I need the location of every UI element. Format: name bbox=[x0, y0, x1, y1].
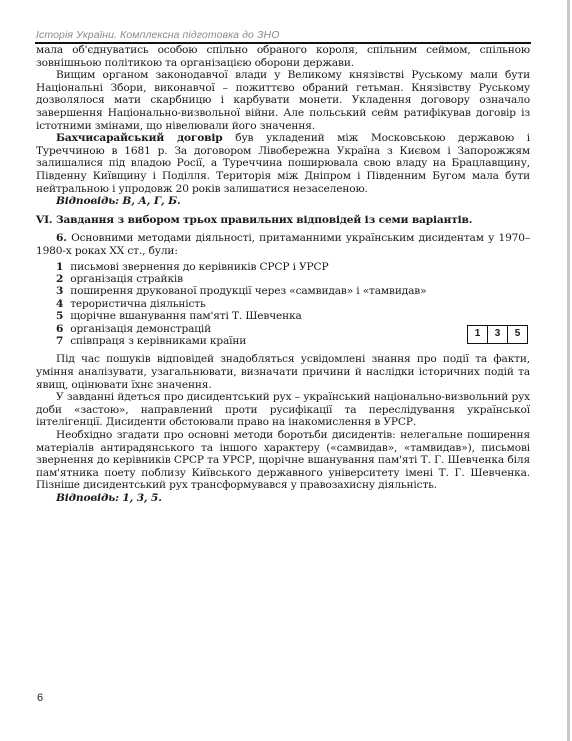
page-edge-border bbox=[567, 0, 570, 741]
paragraph-continued: мала об'єднуватись особою спільно обрано… bbox=[36, 44, 530, 69]
term-bakhchysarai: Бахчисарайський договір bbox=[56, 132, 223, 144]
task-question: 6. Основними методами діяльності, притам… bbox=[36, 232, 530, 257]
option-number: 1 bbox=[56, 261, 67, 273]
option-text: щорічне вшанування пам'яті Т. Шевченка bbox=[70, 310, 302, 322]
explanation-paragraph: У завданні йдеться про дисидентський рух… bbox=[36, 391, 530, 429]
answer-grid: 1 3 5 bbox=[467, 325, 528, 344]
options-block: 1 письмові звернення до керівників СРСР … bbox=[36, 261, 530, 348]
option-text: організація демонстрацій bbox=[70, 323, 211, 335]
answer-box: 3 bbox=[488, 326, 508, 343]
option-text: співпраця з керівниками країни bbox=[70, 335, 246, 347]
option-text: організація страйків bbox=[70, 273, 183, 285]
paragraph-supreme-authority: Вищим органом законодавчої влади у Велик… bbox=[36, 69, 530, 132]
option-item: 3 поширення друкованої продукції через «… bbox=[56, 285, 530, 297]
section-title: VI. Завдання з вибором трьох правильних … bbox=[36, 214, 530, 227]
options-list: 1 письмові звернення до керівників СРСР … bbox=[36, 261, 530, 348]
option-item: 5 щорічне вшанування пам'яті Т. Шевченка bbox=[56, 310, 530, 322]
option-item: 7 співпраця з керівниками країни bbox=[56, 335, 530, 347]
option-item: 2 організація страйків bbox=[56, 273, 530, 285]
answer-box: 1 bbox=[468, 326, 488, 343]
explanation-paragraph: Під час пошуків відповідей знадобляться … bbox=[36, 353, 530, 391]
option-item: 4 терористична діяльність bbox=[56, 298, 530, 310]
option-number: 3 bbox=[56, 285, 67, 297]
task-answer: Відповідь: 1, 3, 5. bbox=[36, 492, 530, 505]
option-item: 1 письмові звернення до керівників СРСР … bbox=[56, 261, 530, 273]
task-question-text: Основними методами діяльності, притаманн… bbox=[36, 232, 530, 257]
option-number: 7 bbox=[56, 335, 67, 347]
option-item: 6 організація демонстрацій bbox=[56, 323, 530, 335]
paragraph-bakhchysarai: Бахчисарайський договір був укладений мі… bbox=[36, 132, 530, 195]
option-text: письмові звернення до керівників СРСР і … bbox=[70, 261, 328, 273]
option-number: 2 bbox=[56, 273, 67, 285]
option-number: 5 bbox=[56, 310, 67, 322]
task-number: 6. bbox=[56, 232, 67, 244]
page-number: 6 bbox=[37, 692, 43, 704]
explanation-paragraph: Необхідно згадати про основні методи бор… bbox=[36, 429, 530, 492]
previous-answer: Відповідь: В, А, Г, Б. bbox=[36, 195, 530, 208]
option-number: 4 bbox=[56, 298, 67, 310]
answer-box: 5 bbox=[508, 326, 527, 343]
page-content: мала об'єднуватись особою спільно обрано… bbox=[36, 44, 530, 504]
option-text: терористична діяльність bbox=[70, 298, 205, 310]
option-number: 6 bbox=[56, 323, 67, 335]
running-header: Історія України. Комплексна підготовка д… bbox=[36, 29, 279, 41]
option-text: поширення друкованої продукції через «са… bbox=[70, 285, 426, 297]
